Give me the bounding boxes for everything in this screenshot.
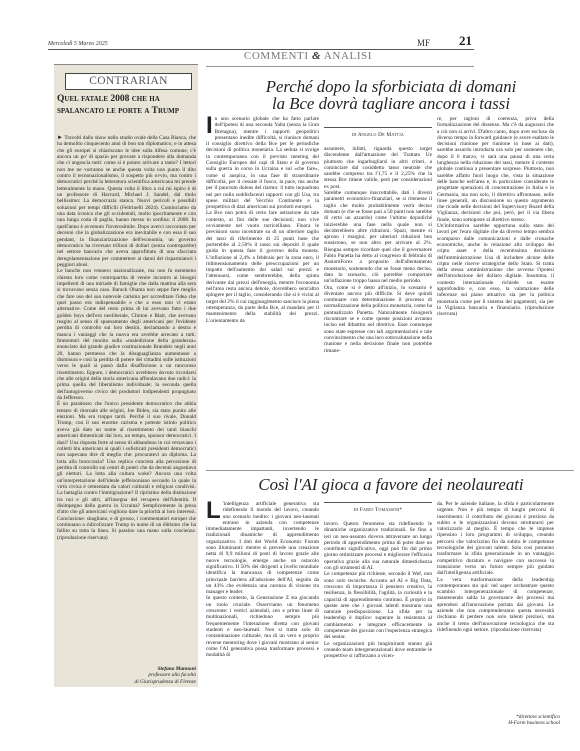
issue-date: Mercoledì 5 Marzo 2025 — [48, 41, 108, 47]
article2-signature: *direttore scientifico H-Farm business s… — [432, 714, 560, 727]
section-title-right: ANALISI — [324, 50, 372, 62]
section-divider — [206, 66, 474, 67]
contrarian-signature: Stefano Mannoni professore alla facoltà … — [57, 666, 196, 685]
headline-line: la Bce dovrà tagliare ancora i tassi — [206, 95, 576, 112]
article2-byline: di Fabio Tomassini* — [324, 507, 432, 513]
column-text: n uno scenario globale che ha fatto parl… — [206, 116, 319, 324]
contrarian-paragraph: È un paradosso che l'unico presidente de… — [57, 401, 196, 541]
article-column-1: In uno scenario globale che ha fatto par… — [206, 116, 319, 466]
column-text: 'intelligenza artificiale generativa sta… — [206, 501, 319, 658]
column-text: assumere, infatti, riguarda questo targe… — [324, 146, 432, 354]
drop-cap: I — [206, 116, 213, 136]
byline-rule — [324, 502, 432, 503]
column-text: re, per ragioni di coerenza, priva della… — [437, 116, 554, 318]
contrarian-paragraph-text: Travolti dallo show nello studio ovale d… — [57, 135, 196, 268]
contrarian-paragraph: Le banche non vennero nazionalizzate, ma… — [57, 268, 196, 401]
page-header: Mercoledì 5 Marzo 2025 MF 21 — [48, 35, 474, 50]
byline-rule — [324, 127, 432, 128]
article-byline: di Angelo De Mattia — [324, 132, 432, 138]
column-text: da. Per le aziende italiane, la sfida è … — [437, 501, 554, 633]
article-column-3: re, per ragioni di coerenza, priva della… — [437, 116, 554, 466]
article2-column-3: da. Per le aziende italiane, la sfida è … — [437, 501, 554, 713]
contrarian-tag: CONTRARIAN — [65, 73, 192, 90]
headline-line: Perché dopo la sforbiciata di domani — [206, 78, 576, 95]
article-divider — [206, 470, 574, 471]
article-headline-2: Così l'AI gioca a favore dei neolaureati — [206, 476, 576, 493]
author-role: di Giurisprudenza di Firenze — [57, 679, 196, 685]
article2-column-1: L'intelligenza artificiale generativa st… — [206, 501, 319, 713]
author-role: H-Farm business school — [432, 720, 560, 726]
newspaper-logo: MF — [417, 38, 430, 48]
section-title-amp: & — [312, 50, 321, 62]
arrow-icon: ► — [57, 135, 63, 141]
article-headline: Perché dopo la sforbiciata di domani la … — [206, 78, 576, 112]
contrarian-headline: Quel fatale 2008 che ha spalancato le po… — [57, 93, 197, 117]
section-title: COMMENTI & ANALISI — [190, 50, 426, 62]
page-number: 21 — [459, 33, 472, 49]
contrarian-paragraph: ► Travolti dallo show nello studio ovale… — [57, 135, 196, 268]
column-text: lavoro. Questo fenomeno sta ridefinendo … — [324, 521, 432, 660]
section-title-left: COMMENTI — [244, 50, 309, 62]
contrarian-body: ► Travolti dallo show nello studio ovale… — [57, 135, 196, 541]
drop-cap: L — [206, 501, 221, 521]
article-column-2: assumere, infatti, riguarda questo targe… — [324, 146, 432, 466]
article2-column-2: lavoro. Questo fenomeno sta ridefinendo … — [324, 521, 432, 713]
